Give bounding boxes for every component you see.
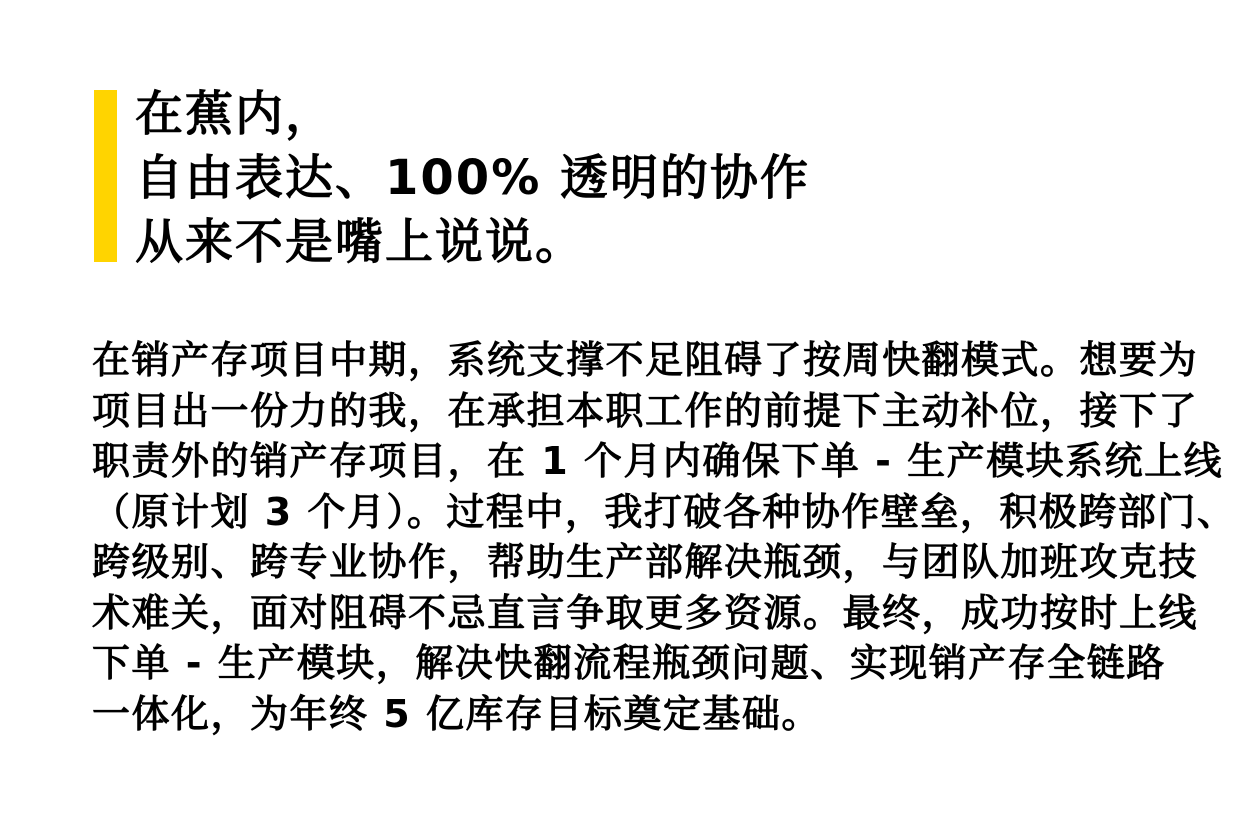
quote-slide: 在蕉内， 自由表达、100% 透明的协作 从来不是嘴上说说。 在销产存项目中期，…: [0, 0, 1250, 833]
heading-line: 自由表达、100% 透明的协作: [135, 146, 810, 210]
accent-bar: [94, 90, 117, 262]
heading-line: 在蕉内，: [135, 82, 810, 146]
body-line: （原计划 3 个月）。过程中，我打破各种协作壁垒，积极跨部门、: [92, 487, 1236, 538]
body-paragraph: 在销产存项目中期，系统支撑不足阻碍了按周快翻模式。想要为 项目出一份力的我，在承…: [92, 335, 1236, 739]
body-line: 项目出一份力的我，在承担本职工作的前提下主动补位，接下了: [92, 386, 1236, 437]
body-line: 跨级别、跨专业协作，帮助生产部解决瓶颈，与团队加班攻克技: [92, 537, 1236, 588]
body-line: 在销产存项目中期，系统支撑不足阻碍了按周快翻模式。想要为: [92, 335, 1236, 386]
heading-line: 从来不是嘴上说说。: [135, 210, 810, 274]
body-line: 术难关，面对阻碍不忌直言争取更多资源。最终，成功按时上线: [92, 588, 1236, 639]
body-line: 一体化，为年终 5 亿库存目标奠定基础。: [92, 689, 1236, 740]
quote-heading: 在蕉内， 自由表达、100% 透明的协作 从来不是嘴上说说。: [135, 82, 810, 274]
body-line: 下单 - 生产模块，解决快翻流程瓶颈问题、实现销产存全链路: [92, 638, 1236, 689]
body-line: 职责外的销产存项目，在 1 个月内确保下单 - 生产模块系统上线: [92, 436, 1236, 487]
